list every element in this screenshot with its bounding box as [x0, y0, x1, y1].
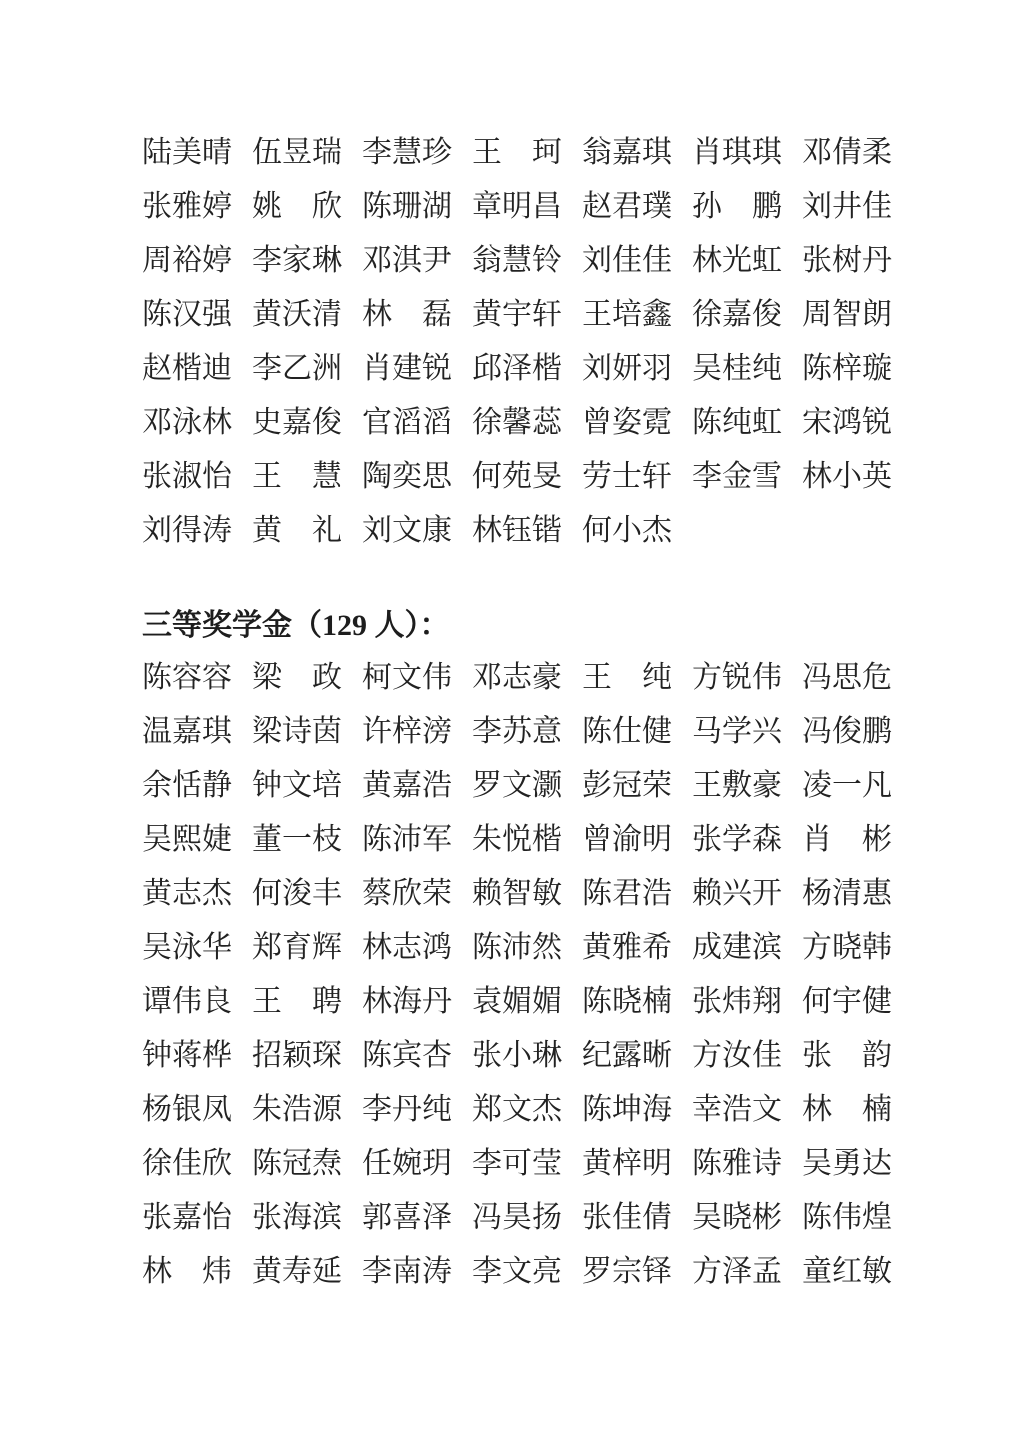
- name-row: 陈汉强黄沃清林 磊黄宇轩王培鑫徐嘉俊周智朗: [142, 288, 912, 342]
- student-name: 李文亮: [472, 1245, 562, 1299]
- name-row: 温嘉琪梁诗茵许梓滂李苏意陈仕健马学兴冯俊鹏: [142, 705, 912, 759]
- student-name: 袁媚媚: [472, 975, 562, 1029]
- name-cell: 邓志豪: [472, 651, 582, 705]
- student-name: 李丹纯: [362, 1083, 452, 1137]
- name-cell: 陈雅诗: [692, 1137, 802, 1191]
- name-cell: 林 炜: [142, 1245, 252, 1299]
- name-cell: 吴泳华: [142, 921, 252, 975]
- name-cell: 杨清惠: [802, 867, 912, 921]
- name-cell: 招颖琛: [252, 1029, 362, 1083]
- name-cell: 罗宗铎: [582, 1245, 692, 1299]
- student-name: 刘文康: [362, 504, 452, 558]
- name-cell: 方泽孟: [692, 1245, 802, 1299]
- student-name: 陈珊湖: [362, 180, 452, 234]
- student-name: 吴熙婕: [142, 813, 232, 867]
- student-name: 徐馨蕊: [472, 396, 562, 450]
- name-cell: 张佳倩: [582, 1191, 692, 1245]
- name-cell: 林光虹: [692, 234, 802, 288]
- name-cell: 劳士轩: [582, 450, 692, 504]
- student-name: 陶奕思: [362, 450, 452, 504]
- student-name: 张树丹: [802, 234, 892, 288]
- name-cell: 李乙洲: [252, 342, 362, 396]
- name-cell: 陈宾杏: [362, 1029, 472, 1083]
- name-cell: 张炜翔: [692, 975, 802, 1029]
- name-cell: 陶奕思: [362, 450, 472, 504]
- name-cell: 林 磊: [362, 288, 472, 342]
- name-cell: 赵君璞: [582, 180, 692, 234]
- name-cell: 邓淇尹: [362, 234, 472, 288]
- student-name: 彭冠荣: [582, 759, 672, 813]
- name-cell: 刘文康: [362, 504, 472, 558]
- name-cell: 张雅婷: [142, 180, 252, 234]
- name-cell: 钟蒋桦: [142, 1029, 252, 1083]
- name-cell: 黄 礼: [252, 504, 362, 558]
- name-cell: 陈仕健: [582, 705, 692, 759]
- student-name: 梁 政: [252, 651, 342, 705]
- student-name: 姚 欣: [252, 180, 342, 234]
- name-cell: 何宇健: [802, 975, 912, 1029]
- student-name: 童红敏: [802, 1245, 892, 1299]
- name-cell: 刘得涛: [142, 504, 252, 558]
- student-name: 徐嘉俊: [692, 288, 782, 342]
- student-name: 林光虹: [692, 234, 782, 288]
- student-name: 黄嘉浩: [362, 759, 452, 813]
- name-cell: 冯昊扬: [472, 1191, 582, 1245]
- name-cell: 陈汉强: [142, 288, 252, 342]
- student-name: 吴桂纯: [692, 342, 782, 396]
- name-cell: 徐嘉俊: [692, 288, 802, 342]
- name-cell: 朱浩源: [252, 1083, 362, 1137]
- name-cell: 林钰锴: [472, 504, 582, 558]
- student-name: 陆美晴: [142, 126, 232, 180]
- student-name: 陈伟煌: [802, 1191, 892, 1245]
- name-row: 吴熙婕董一枝陈沛军朱悦楷曾渝明张学森肖 彬: [142, 813, 912, 867]
- student-name: 劳士轩: [582, 450, 672, 504]
- student-name: 何宇健: [802, 975, 892, 1029]
- name-cell: 李苏意: [472, 705, 582, 759]
- name-cell: 吴熙婕: [142, 813, 252, 867]
- name-cell: 林 楠: [802, 1083, 912, 1137]
- name-row: 张淑怡王 慧陶奕思何苑旻劳士轩李金雪林小英: [142, 450, 912, 504]
- name-cell: 赖兴开: [692, 867, 802, 921]
- student-name: 陈梓璇: [802, 342, 892, 396]
- name-cell: 郭喜泽: [362, 1191, 472, 1245]
- name-cell: 童红敏: [802, 1245, 912, 1299]
- name-cell: 董一枝: [252, 813, 362, 867]
- name-cell: 何苑旻: [472, 450, 582, 504]
- name-cell: 陈珊湖: [362, 180, 472, 234]
- student-name: 李慧珍: [362, 126, 452, 180]
- name-cell: 张树丹: [802, 234, 912, 288]
- student-name: 张小琳: [472, 1029, 562, 1083]
- name-cell: 梁诗茵: [252, 705, 362, 759]
- student-name: 钟文培: [252, 759, 342, 813]
- name-cell: 陈沛然: [472, 921, 582, 975]
- student-name: 周智朗: [802, 288, 892, 342]
- name-row: 张嘉怡张海滨郭喜泽冯昊扬张佳倩吴晓彬陈伟煌: [142, 1191, 912, 1245]
- student-name: 幸浩文: [692, 1083, 782, 1137]
- student-name: 张 韵: [802, 1029, 892, 1083]
- student-name: 黄沃清: [252, 288, 342, 342]
- name-cell: 官滔滔: [362, 396, 472, 450]
- student-name: 柯文伟: [362, 651, 452, 705]
- name-cell: 黄嘉浩: [362, 759, 472, 813]
- student-name: 刘井佳: [802, 180, 892, 234]
- name-cell: 陈晓楠: [582, 975, 692, 1029]
- student-name: 李乙洲: [252, 342, 342, 396]
- name-cell: 肖建锐: [362, 342, 472, 396]
- student-name: 黄 礼: [252, 504, 342, 558]
- student-name: 罗文灏: [472, 759, 562, 813]
- student-name: 陈纯虹: [692, 396, 782, 450]
- name-cell: 郑文杰: [472, 1083, 582, 1137]
- name-cell: 林志鸿: [362, 921, 472, 975]
- name-cell: 孙 鹏: [692, 180, 802, 234]
- name-cell: 杨银凤: [142, 1083, 252, 1137]
- student-name: 吴泳华: [142, 921, 232, 975]
- student-name: 翁嘉琪: [582, 126, 672, 180]
- student-name: 谭伟良: [142, 975, 232, 1029]
- student-name: 张海滨: [252, 1191, 342, 1245]
- student-name: 纪露晰: [582, 1029, 672, 1083]
- student-name: 李金雪: [692, 450, 782, 504]
- student-name: 陈坤海: [582, 1083, 672, 1137]
- student-name: 吴晓彬: [692, 1191, 782, 1245]
- student-name: 陈汉强: [142, 288, 232, 342]
- name-cell: 刘佳佳: [582, 234, 692, 288]
- name-cell: 朱悦楷: [472, 813, 582, 867]
- student-name: 李苏意: [472, 705, 562, 759]
- name-cell: 王 纯: [582, 651, 692, 705]
- name-row: 邓泳林史嘉俊官滔滔徐馨蕊曾姿霓陈纯虹宋鸿锐: [142, 396, 912, 450]
- student-name: 曾渝明: [582, 813, 672, 867]
- student-name: 冯思危: [802, 651, 892, 705]
- student-name: 马学兴: [692, 705, 782, 759]
- student-name: 陈冠焘: [252, 1137, 342, 1191]
- student-name: 黄梓明: [582, 1137, 672, 1191]
- student-name: 梁诗茵: [252, 705, 342, 759]
- name-cell: 李文亮: [472, 1245, 582, 1299]
- student-name: 张佳倩: [582, 1191, 672, 1245]
- name-cell: 李可莹: [472, 1137, 582, 1191]
- name-cell: 陈坤海: [582, 1083, 692, 1137]
- name-cell: 肖琪琪: [692, 126, 802, 180]
- name-cell: 史嘉俊: [252, 396, 362, 450]
- student-name: 翁慧铃: [472, 234, 562, 288]
- name-cell: 马学兴: [692, 705, 802, 759]
- name-cell: 吴晓彬: [692, 1191, 802, 1245]
- student-name: 郑育辉: [252, 921, 342, 975]
- name-cell: 刘妍羽: [582, 342, 692, 396]
- name-cell: 王 聘: [252, 975, 362, 1029]
- student-name: 邓泳林: [142, 396, 232, 450]
- name-cell: 伍昱瑞: [252, 126, 362, 180]
- student-name: 孙 鹏: [692, 180, 782, 234]
- student-name: 陈容容: [142, 651, 232, 705]
- student-name: 黄寿延: [252, 1245, 342, 1299]
- student-name: 邓淇尹: [362, 234, 452, 288]
- student-name: 陈君浩: [582, 867, 672, 921]
- student-name: 余恬静: [142, 759, 232, 813]
- name-cell: 方锐伟: [692, 651, 802, 705]
- name-cell: 张 韵: [802, 1029, 912, 1083]
- name-row: 余恬静钟文培黄嘉浩罗文灏彭冠荣王敷豪凌一凡: [142, 759, 912, 813]
- name-cell: 陈冠焘: [252, 1137, 362, 1191]
- name-cell: 陈容容: [142, 651, 252, 705]
- student-name: 章明昌: [472, 180, 562, 234]
- student-name: 赵君璞: [582, 180, 672, 234]
- name-cell: 赖智敏: [472, 867, 582, 921]
- student-name: 林志鸿: [362, 921, 452, 975]
- student-name: 张学森: [692, 813, 782, 867]
- name-cell: 温嘉琪: [142, 705, 252, 759]
- student-name: 李南涛: [362, 1245, 452, 1299]
- student-name: 王培鑫: [582, 288, 672, 342]
- name-row: 黄志杰何浚丰蔡欣荣赖智敏陈君浩赖兴开杨清惠: [142, 867, 912, 921]
- name-cell: 柯文伟: [362, 651, 472, 705]
- name-cell: 何小杰: [582, 504, 692, 558]
- name-cell: 黄雅希: [582, 921, 692, 975]
- student-name: 肖建锐: [362, 342, 452, 396]
- name-cell: 徐佳欣: [142, 1137, 252, 1191]
- student-name: 林 磊: [362, 288, 452, 342]
- name-cell: 陈君浩: [582, 867, 692, 921]
- name-cell: 梁 政: [252, 651, 362, 705]
- student-name: 曾姿霓: [582, 396, 672, 450]
- name-cell: 徐馨蕊: [472, 396, 582, 450]
- student-name: 成建滨: [692, 921, 782, 975]
- name-cell: 方汝佳: [692, 1029, 802, 1083]
- name-cell: 李金雪: [692, 450, 802, 504]
- student-name: 方汝佳: [692, 1029, 782, 1083]
- name-cell: 李丹纯: [362, 1083, 472, 1137]
- student-name: 林 楠: [802, 1083, 892, 1137]
- name-cell: 钟文培: [252, 759, 362, 813]
- student-name: 宋鸿锐: [802, 396, 892, 450]
- student-name: 伍昱瑞: [252, 126, 342, 180]
- name-row: 赵楷迪李乙洲肖建锐邱泽楷刘妍羽吴桂纯陈梓璇: [142, 342, 912, 396]
- student-name: 何苑旻: [472, 450, 562, 504]
- student-name: 朱悦楷: [472, 813, 562, 867]
- student-name: 刘妍羽: [582, 342, 672, 396]
- student-name: 王 珂: [472, 126, 562, 180]
- name-cell: 李家琳: [252, 234, 362, 288]
- name-cell: 刘井佳: [802, 180, 912, 234]
- name-cell: 李慧珍: [362, 126, 472, 180]
- student-name: 方晓韩: [802, 921, 892, 975]
- name-row: 周裕婷李家琳邓淇尹翁慧铃刘佳佳林光虹张树丹: [142, 234, 912, 288]
- name-row: 张雅婷姚 欣陈珊湖章明昌赵君璞孙 鹏刘井佳: [142, 180, 912, 234]
- name-cell: 宋鸿锐: [802, 396, 912, 450]
- name-cell: 邱泽楷: [472, 342, 582, 396]
- name-cell: 黄梓明: [582, 1137, 692, 1191]
- name-cell: 陈沛军: [362, 813, 472, 867]
- name-cell: 幸浩文: [692, 1083, 802, 1137]
- student-name: 陈雅诗: [692, 1137, 782, 1191]
- student-name: 陈沛然: [472, 921, 562, 975]
- student-name: 林海丹: [362, 975, 452, 1029]
- name-cell: 翁嘉琪: [582, 126, 692, 180]
- name-row: 陆美晴伍昱瑞李慧珍王 珂翁嘉琪肖琪琪邓倩柔: [142, 126, 912, 180]
- third-scholarship-name-list: 陈容容梁 政柯文伟邓志豪王 纯方锐伟冯思危温嘉琪梁诗茵许梓滂李苏意陈仕健马学兴冯…: [142, 651, 912, 1299]
- name-cell: 张学森: [692, 813, 802, 867]
- name-cell: 王 慧: [252, 450, 362, 504]
- name-cell: 张嘉怡: [142, 1191, 252, 1245]
- student-name: 李可莹: [472, 1137, 562, 1191]
- name-row: 谭伟良王 聘林海丹袁媚媚陈晓楠张炜翔何宇健: [142, 975, 912, 1029]
- name-cell: 周智朗: [802, 288, 912, 342]
- name-row: 林 炜黄寿延李南涛李文亮罗宗铎方泽孟童红敏: [142, 1245, 912, 1299]
- name-cell: 彭冠荣: [582, 759, 692, 813]
- student-name: 陈晓楠: [582, 975, 672, 1029]
- student-name: 杨清惠: [802, 867, 892, 921]
- name-cell: 翁慧铃: [472, 234, 582, 288]
- student-name: 凌一凡: [802, 759, 892, 813]
- student-name: 赖智敏: [472, 867, 562, 921]
- name-cell: 王培鑫: [582, 288, 692, 342]
- name-cell: 郑育辉: [252, 921, 362, 975]
- name-cell: 罗文灏: [472, 759, 582, 813]
- student-name: 张雅婷: [142, 180, 232, 234]
- name-cell: 许梓滂: [362, 705, 472, 759]
- student-name: 邓倩柔: [802, 126, 892, 180]
- student-name: 许梓滂: [362, 705, 452, 759]
- name-cell: 黄沃清: [252, 288, 362, 342]
- name-cell: 陈伟煌: [802, 1191, 912, 1245]
- student-name: 黄志杰: [142, 867, 232, 921]
- name-cell: 凌一凡: [802, 759, 912, 813]
- student-name: 朱浩源: [252, 1083, 342, 1137]
- name-row: 吴泳华郑育辉林志鸿陈沛然黄雅希成建滨方晓韩: [142, 921, 912, 975]
- student-name: 邱泽楷: [472, 342, 562, 396]
- name-cell: 陆美晴: [142, 126, 252, 180]
- name-cell: 黄宇轩: [472, 288, 582, 342]
- first-scholarship-name-list: 陆美晴伍昱瑞李慧珍王 珂翁嘉琪肖琪琪邓倩柔张雅婷姚 欣陈珊湖章明昌赵君璞孙 鹏刘…: [142, 126, 912, 558]
- student-name: 黄宇轩: [472, 288, 562, 342]
- name-cell: 陈梓璇: [802, 342, 912, 396]
- name-cell: 冯俊鹏: [802, 705, 912, 759]
- student-name: 郭喜泽: [362, 1191, 452, 1245]
- student-name: 邓志豪: [472, 651, 562, 705]
- student-name: 方泽孟: [692, 1245, 782, 1299]
- student-name: 郑文杰: [472, 1083, 562, 1137]
- name-cell: 姚 欣: [252, 180, 362, 234]
- student-name: 黄雅希: [582, 921, 672, 975]
- name-cell: 赵楷迪: [142, 342, 252, 396]
- student-name: 王敷豪: [692, 759, 782, 813]
- name-row: 徐佳欣陈冠焘任婉玥李可莹黄梓明陈雅诗吴勇达: [142, 1137, 912, 1191]
- student-name: 何浚丰: [252, 867, 342, 921]
- student-name: 陈沛军: [362, 813, 452, 867]
- student-name: 刘佳佳: [582, 234, 672, 288]
- student-name: 罗宗铎: [582, 1245, 672, 1299]
- name-row: 杨银凤朱浩源李丹纯郑文杰陈坤海幸浩文林 楠: [142, 1083, 912, 1137]
- name-cell: 张海滨: [252, 1191, 362, 1245]
- name-cell: 李南涛: [362, 1245, 472, 1299]
- student-name: 方锐伟: [692, 651, 782, 705]
- student-name: 冯俊鹏: [802, 705, 892, 759]
- student-name: 任婉玥: [362, 1137, 452, 1191]
- student-name: 王 纯: [582, 651, 672, 705]
- student-name: 张炜翔: [692, 975, 782, 1029]
- student-name: 杨银凤: [142, 1083, 232, 1137]
- student-name: 张嘉怡: [142, 1191, 232, 1245]
- name-cell: 章明昌: [472, 180, 582, 234]
- student-name: 赵楷迪: [142, 342, 232, 396]
- student-name: 钟蒋桦: [142, 1029, 232, 1083]
- name-cell: 蔡欣荣: [362, 867, 472, 921]
- name-cell: 王敷豪: [692, 759, 802, 813]
- student-name: 冯昊扬: [472, 1191, 562, 1245]
- name-cell: 吴勇达: [802, 1137, 912, 1191]
- student-name: 张淑怡: [142, 450, 232, 504]
- name-row: 刘得涛黄 礼刘文康林钰锴何小杰: [142, 504, 912, 558]
- name-cell: 黄志杰: [142, 867, 252, 921]
- student-name: 刘得涛: [142, 504, 232, 558]
- student-name: 周裕婷: [142, 234, 232, 288]
- name-cell: 纪露晰: [582, 1029, 692, 1083]
- document-page: 陆美晴伍昱瑞李慧珍王 珂翁嘉琪肖琪琪邓倩柔张雅婷姚 欣陈珊湖章明昌赵君璞孙 鹏刘…: [0, 0, 1024, 1448]
- name-cell: 曾渝明: [582, 813, 692, 867]
- name-cell: 肖 彬: [802, 813, 912, 867]
- name-cell: 冯思危: [802, 651, 912, 705]
- name-cell: 邓泳林: [142, 396, 252, 450]
- name-cell: 王 珂: [472, 126, 582, 180]
- name-cell: 余恬静: [142, 759, 252, 813]
- student-name: 徐佳欣: [142, 1137, 232, 1191]
- student-name: 何小杰: [582, 504, 672, 558]
- student-name: 蔡欣荣: [362, 867, 452, 921]
- name-cell: 曾姿霓: [582, 396, 692, 450]
- student-name: 温嘉琪: [142, 705, 232, 759]
- student-name: 林 炜: [142, 1245, 232, 1299]
- name-cell: 张小琳: [472, 1029, 582, 1083]
- name-cell: 袁媚媚: [472, 975, 582, 1029]
- name-cell: 任婉玥: [362, 1137, 472, 1191]
- student-name: 官滔滔: [362, 396, 452, 450]
- name-cell: 黄寿延: [252, 1245, 362, 1299]
- name-cell: 何浚丰: [252, 867, 362, 921]
- student-name: 王 聘: [252, 975, 342, 1029]
- student-name: 李家琳: [252, 234, 342, 288]
- name-cell: 成建滨: [692, 921, 802, 975]
- student-name: 肖琪琪: [692, 126, 782, 180]
- student-name: 林小英: [802, 450, 892, 504]
- name-row: 钟蒋桦招颖琛陈宾杏张小琳纪露晰方汝佳张 韵: [142, 1029, 912, 1083]
- third-scholarship-section-heading: 三等奖学金（129 人）：: [142, 599, 450, 653]
- student-name: 赖兴开: [692, 867, 782, 921]
- student-name: 史嘉俊: [252, 396, 342, 450]
- name-cell: 张淑怡: [142, 450, 252, 504]
- student-name: 吴勇达: [802, 1137, 892, 1191]
- student-name: 董一枝: [252, 813, 342, 867]
- student-name: 王 慧: [252, 450, 342, 504]
- name-cell: 林海丹: [362, 975, 472, 1029]
- name-cell: 陈纯虹: [692, 396, 802, 450]
- name-row: 陈容容梁 政柯文伟邓志豪王 纯方锐伟冯思危: [142, 651, 912, 705]
- name-cell: 邓倩柔: [802, 126, 912, 180]
- student-name: 招颖琛: [252, 1029, 342, 1083]
- student-name: 肖 彬: [802, 813, 892, 867]
- name-cell: 林小英: [802, 450, 912, 504]
- name-cell: 吴桂纯: [692, 342, 802, 396]
- name-cell: 周裕婷: [142, 234, 252, 288]
- student-name: 林钰锴: [472, 504, 562, 558]
- student-name: 陈宾杏: [362, 1029, 452, 1083]
- student-name: 陈仕健: [582, 705, 672, 759]
- name-cell: 方晓韩: [802, 921, 912, 975]
- name-cell: 谭伟良: [142, 975, 252, 1029]
